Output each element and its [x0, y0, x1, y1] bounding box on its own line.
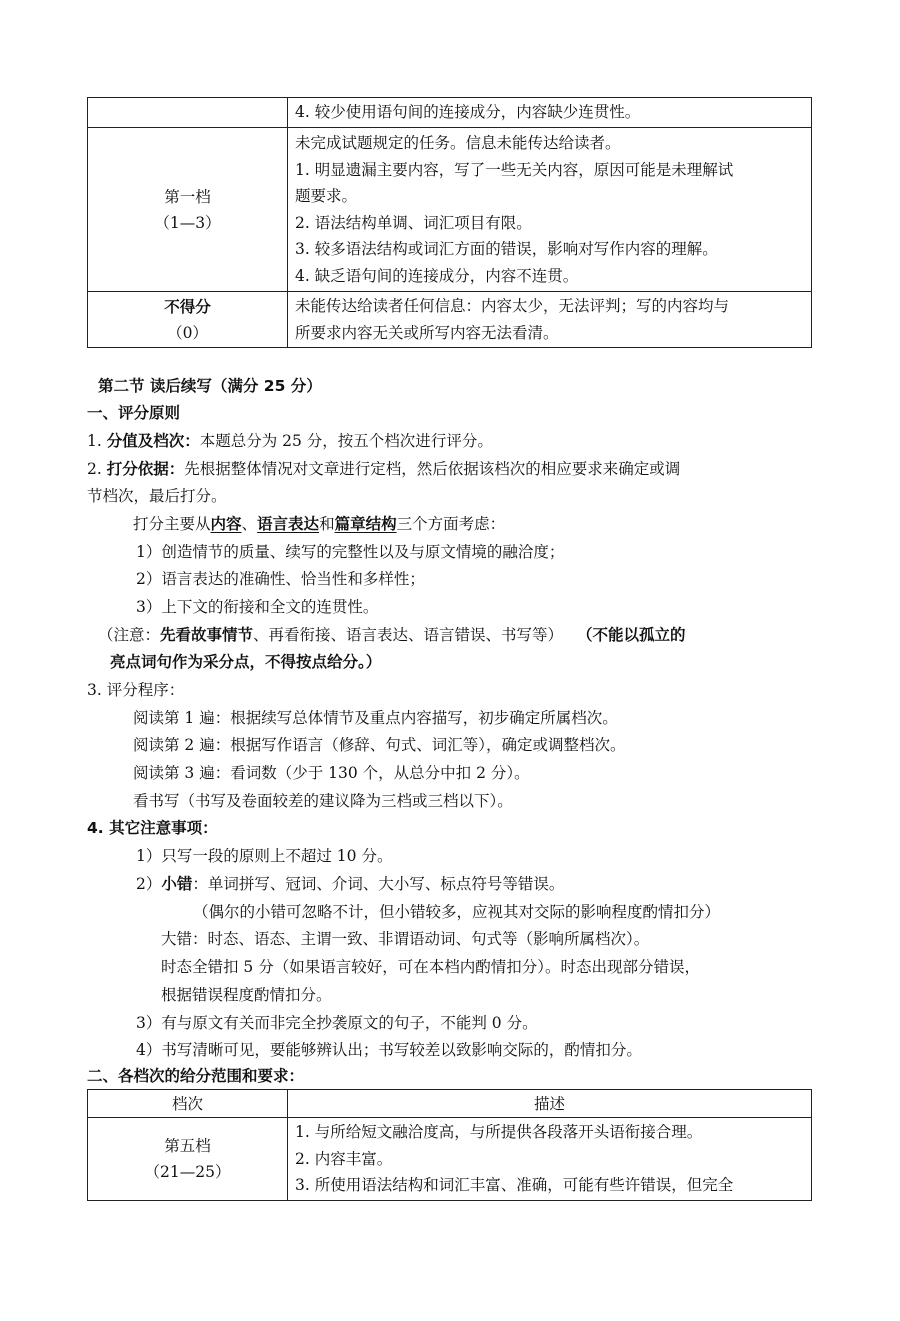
description-line: 未完成试题规定的任务。信息未能传达给读者。 [295, 130, 807, 157]
column-header-level: 档次 [88, 1090, 288, 1118]
description-line: 1. 明显遗漏主要内容，写了一些无关内容，原因可能是未理解试 [295, 157, 807, 184]
tense-line: 时态全错扣 5 分（如果语言较好，可在本档内酌情扣分）。时态出现部分错误， [161, 957, 700, 977]
level-range: （1—3） [88, 210, 287, 236]
table-row: 第一档 （1—3） 未完成试题规定的任务。信息未能传达给读者。 1. 明显遗漏主… [88, 128, 812, 292]
level-range: （0） [88, 320, 287, 346]
aspects-suffix: 三个方面考虑： [397, 515, 506, 533]
table-row: 4. 较少使用语句间的连接成分，内容缺少连贯性。 [88, 98, 812, 128]
separator: 、 [242, 515, 258, 533]
item-label: 分值及档次： [107, 432, 200, 450]
procedure-step: 阅读第 2 遍：根据写作语言（修辞、句式、词汇等），确定或调整档次。 [133, 735, 625, 755]
table-row: 第五档 （21—25） 1. 与所给短文融洽度高，与所提供各段落开头语衔接合理。… [88, 1118, 812, 1201]
level-cell: 第一档 （1—3） [88, 128, 288, 292]
level-cell [88, 98, 288, 128]
note-item: 1）只写一段的原则上不超过 10 分。 [136, 846, 392, 866]
item1: 1. 分值及档次：本题总分为 25 分，按五个档次进行评分。 [87, 431, 493, 451]
section-title: 第二节 读后续写（满分 25 分） [98, 376, 322, 396]
item3-label: 3. 评分程序： [87, 680, 184, 700]
aspect-item: 1）创造情节的质量、续写的完整性以及与原文情境的融洽度； [136, 542, 564, 562]
item2: 2. 打分依据：先根据整体情况对文章进行定档，然后依据该档次的相应要求来确定或调 [87, 459, 680, 479]
item-number: 1. [87, 432, 107, 450]
item-number: 2. [87, 460, 107, 478]
note-warning: （不能以孤立的 [577, 626, 686, 644]
procedure-step: 阅读第 1 遍：根据续写总体情节及重点内容描写，初步确定所属档次。 [133, 708, 618, 728]
note-item: 2）小错：单词拼写、冠词、介词、大小写、标点符号等错误。 [136, 874, 564, 894]
note-text: 、再看衔接、语言表达、语言错误、书写等） [253, 626, 563, 644]
description-line: 题要求。 [295, 183, 807, 210]
level-name: 不得分 [88, 294, 287, 320]
tense-line-continued: 根据错误程度酌情扣分。 [161, 985, 332, 1005]
description-line: 3. 所使用语法结构和词汇丰富、准确，可能有些许错误，但完全 [295, 1172, 807, 1199]
description-line: 2. 内容丰富。 [295, 1146, 807, 1173]
description-line: 所要求内容无关或所写内容无法看清。 [295, 320, 807, 347]
note-text: ：单词拼写、冠词、介词、大小写、标点符号等错误。 [192, 875, 564, 893]
description-cell: 未完成试题规定的任务。信息未能传达给读者。 1. 明显遗漏主要内容，写了一些无关… [288, 128, 812, 292]
minor-error-note: （偶尔的小错可忽略不计，但小错较多，应视其对交际的影响程度酌情扣分） [193, 902, 720, 922]
aspects-prefix: 打分主要从 [133, 515, 211, 533]
note: （注意：先看故事情节、再看衔接、语言表达、语言错误、书写等）（不能以孤立的 [98, 625, 686, 645]
description-line: 3. 较多语法结构或词汇方面的错误，影响对写作内容的理解。 [295, 236, 807, 263]
description-cell: 未能传达给读者任何信息：内容太少，无法评判；写的内容均与 所要求内容无关或所写内… [288, 292, 812, 348]
description-cell: 1. 与所给短文融洽度高，与所提供各段落开头语衔接合理。 2. 内容丰富。 3.… [288, 1118, 812, 1201]
item2-continued: 节档次，最后打分。 [87, 486, 227, 506]
description-line: 2. 语法结构单调、词汇项目有限。 [295, 210, 807, 237]
description-line: 未能传达给读者任何信息：内容太少，无法评判；写的内容均与 [295, 293, 807, 320]
level-name: 第一档 [88, 184, 287, 210]
column-header-description: 描述 [288, 1090, 812, 1118]
item-text: 本题总分为 25 分，按五个档次进行评分。 [200, 432, 493, 450]
aspect-item: 2）语言表达的准确性、恰当性和多样性； [136, 569, 425, 589]
note-item: 3）有与原文有关而非完全抄袭原文的句子，不能判 0 分。 [136, 1013, 538, 1033]
note-item: 4）书写清晰可见，要能够辨认出；书写较差以致影响交际的，酌情扣分。 [136, 1040, 642, 1060]
rubric-table-continued: 4. 较少使用语句间的连接成分，内容缺少连贯性。 第一档 （1—3） 未完成试题… [87, 97, 812, 348]
procedure-step: 看书写（书写及卷面较差的建议降为三档或三档以下）。 [133, 791, 513, 811]
level-cell: 第五档 （21—25） [88, 1118, 288, 1201]
description-line: 4. 缺乏语句间的连接成分，内容不连贯。 [295, 263, 807, 290]
aspect-structure: 篇章结构 [335, 515, 397, 533]
minor-error-label: 小错 [161, 875, 192, 893]
level-cell: 不得分 （0） [88, 292, 288, 348]
item4-label: 4. 其它注意事项： [87, 818, 218, 838]
rubric-table-levels: 档次 描述 第五档 （21—25） 1. 与所给短文融洽度高，与所提供各段落开头… [87, 1089, 812, 1201]
item-label: 打分依据： [107, 460, 185, 478]
aspect-content: 内容 [211, 515, 242, 533]
aspect-item: 3）上下文的衔接和全文的连贯性。 [136, 597, 378, 617]
major-error-line: 大错：时态、语态、主谓一致、非谓语动词、句式等（影响所属档次）。 [161, 929, 649, 949]
aspect-language: 语言表达 [257, 515, 319, 533]
document-page: 4. 较少使用语句间的连接成分，内容缺少连贯性。 第一档 （1—3） 未完成试题… [0, 0, 900, 1321]
description-line: 4. 较少使用语句间的连接成分，内容缺少连贯性。 [295, 99, 807, 126]
note-open: （注意： [98, 626, 160, 644]
procedure-step: 阅读第 3 遍：看词数（少于 130 个，从总分中扣 2 分）。 [133, 763, 530, 783]
table-header-row: 档次 描述 [88, 1090, 812, 1118]
table-row: 不得分 （0） 未能传达给读者任何信息：内容太少，无法评判；写的内容均与 所要求… [88, 292, 812, 348]
item-text: 先根据整体情况对文章进行定档，然后依据该档次的相应要求来确定或调 [184, 460, 680, 478]
part1-heading: 一、评分原则 [87, 403, 180, 423]
note-number: 2） [136, 875, 161, 893]
note-emphasis: 先看故事情节 [160, 626, 253, 644]
scoring-aspects: 打分主要从内容、语言表达和篇章结构三个方面考虑： [133, 514, 505, 534]
note-warning-continued: 亮点词句作为采分点，不得按点给分。） [110, 652, 381, 672]
level-name: 第五档 [88, 1133, 287, 1159]
description-cell: 4. 较少使用语句间的连接成分，内容缺少连贯性。 [288, 98, 812, 128]
separator: 和 [319, 515, 335, 533]
level-range: （21—25） [88, 1159, 287, 1185]
part2-heading: 二、各档次的给分范围和要求： [87, 1066, 304, 1086]
description-line: 1. 与所给短文融洽度高，与所提供各段落开头语衔接合理。 [295, 1119, 807, 1146]
